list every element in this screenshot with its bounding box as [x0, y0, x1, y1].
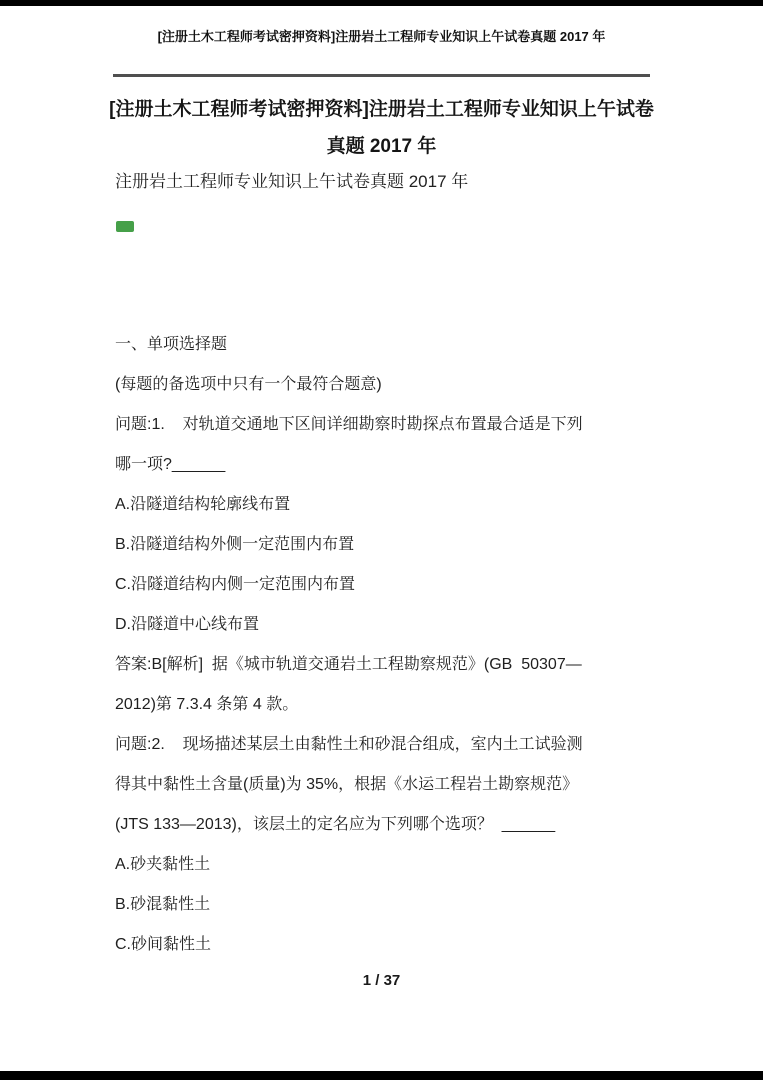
document-subtitle: 注册岩土工程师专业知识上午试卷真题 2017 年 — [115, 170, 650, 194]
exam-body: 一、单项选择题 (每题的备选项中只有一个最符合题意) 问题:1. 对轨道交通地下… — [115, 325, 650, 965]
section-heading: 一、单项选择题 — [115, 325, 650, 365]
header-divider-rule — [113, 74, 650, 77]
question-1-answer-line: 答案:B[解析] 据《城市轨道交通岩土工程勘察规范》(GB 50307— — [115, 645, 650, 685]
question-2-line: 问题:2. 现场描述某层土由黏性土和砂混合组成，室内土工试验测 — [115, 725, 650, 765]
page-edge-top-bar — [0, 0, 763, 6]
question-2-option-c: C.砂间黏性土 — [115, 925, 650, 965]
question-1-line: 问题:1. 对轨道交通地下区间详细勘察时勘探点布置最合适是下列 — [115, 405, 650, 445]
document-title: [注册土木工程师考试密押资料]注册岩土工程师专业知识上午试卷 真题 2017 年 — [0, 91, 763, 165]
question-2-line: (JTS 133—2013)，该层土的定名应为下列哪个选项？ ______ — [115, 805, 650, 845]
question-1-option-d: D.沿隧道中心线布置 — [115, 605, 650, 645]
document-title-line-1: [注册土木工程师考试密押资料]注册岩土工程师专业知识上午试卷 — [0, 91, 763, 128]
question-1-line: 哪一项?______ — [115, 445, 650, 485]
question-1-option-a: A.沿隧道结构轮廓线布置 — [115, 485, 650, 525]
page-edge-bottom-bar — [0, 1071, 763, 1080]
question-1-option-c: C.沿隧道结构内侧一定范围内布置 — [115, 565, 650, 605]
green-seal-icon — [116, 221, 134, 232]
running-header: [注册土木工程师考试密押资料]注册岩土工程师专业知识上午试卷真题 2017 年 — [0, 27, 763, 47]
document-page: [注册土木工程师考试密押资料]注册岩土工程师专业知识上午试卷真题 2017 年 … — [0, 0, 763, 1080]
question-1-option-b: B.沿隧道结构外侧一定范围内布置 — [115, 525, 650, 565]
question-2-option-a: A.砂夹黏性土 — [115, 845, 650, 885]
question-2-line: 得其中黏性土含量(质量)为 35%，根据《水运工程岩土勘察规范》 — [115, 765, 650, 805]
document-title-line-2: 真题 2017 年 — [0, 128, 763, 165]
question-1-answer-line: 2012)第 7.3.4 条第 4 款。 — [115, 685, 650, 725]
section-note: (每题的备选项中只有一个最符合题意) — [115, 365, 650, 405]
question-2-option-b: B.砂混黏性土 — [115, 885, 650, 925]
page-number: 1 / 37 — [0, 971, 763, 991]
